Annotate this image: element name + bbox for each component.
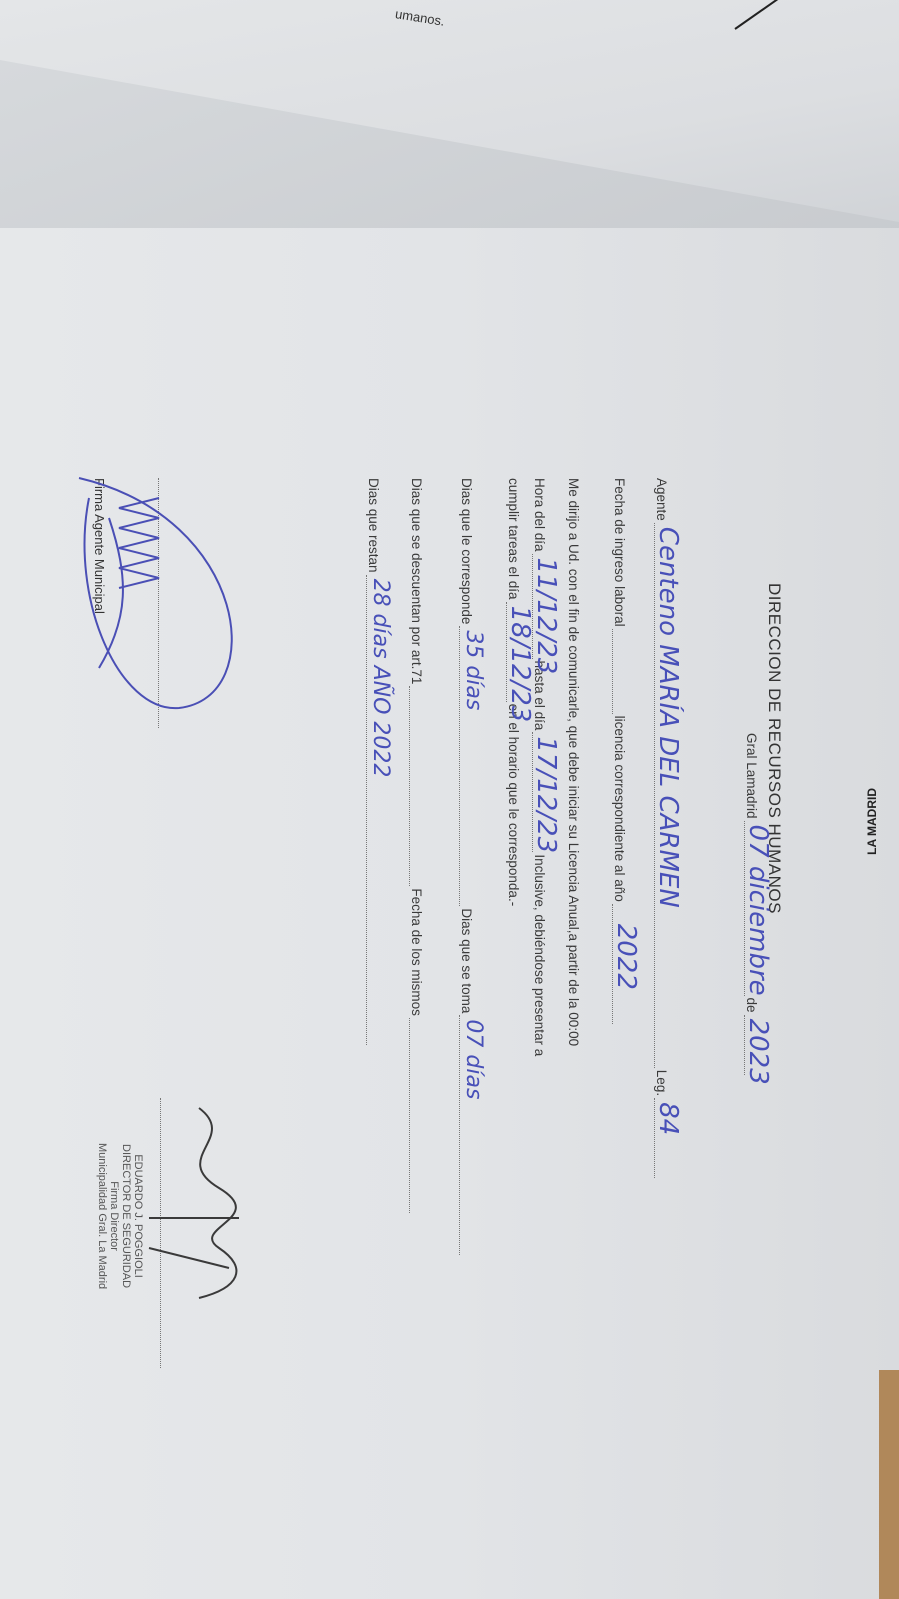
ingreso-row: Fecha de ingreso laboral licencia corres…	[612, 478, 627, 1026]
remaining-row: Dias que restan 28 días AÑO 2022	[366, 478, 381, 1047]
director-signature	[139, 1098, 259, 1358]
corresponde-label: Dias que le corresponde	[459, 478, 474, 624]
intro-text: Me dirijo a Ud. con el fin de comunicarl…	[566, 478, 581, 1046]
licencia-year-value: 2022	[613, 924, 639, 990]
toma-label: Dias que se toma	[459, 908, 474, 1013]
date-field[interactable]: 07 diciembre	[744, 821, 759, 996]
director-name: EDUARDO J. POGGIOLI	[132, 1143, 144, 1289]
restan-label: Dias que restan	[366, 478, 381, 573]
cumplir-label: cumplir tareas el día	[506, 478, 521, 600]
fecha-mismos-label: Fecha de los mismos	[409, 888, 424, 1016]
licencia-year-label: licencia correspondiente al año	[612, 716, 627, 902]
leg-label: Leg.	[654, 1070, 669, 1096]
director-signature-label: Firma Director	[108, 1143, 120, 1289]
discount-row: Dias que se descuentan por art.71 Fecha …	[409, 478, 424, 1215]
return-row: cumplir tareas el día 18/12/23 en el hor…	[506, 478, 521, 906]
year-field[interactable]: 2023	[744, 1015, 759, 1075]
descuentan-field[interactable]	[409, 686, 424, 886]
agent-label: Agente	[654, 478, 669, 521]
inclusive-text: Inclusive, debiéndose presentar a	[532, 854, 547, 1056]
director-organization: Municipalidad Gral. La Madrid	[96, 1143, 108, 1289]
end-date-field[interactable]: 17/12/23	[532, 732, 547, 852]
director-title: DIRECTOR DE SEGURIDAD	[120, 1143, 132, 1289]
licencia-year-field[interactable]: 2022	[612, 904, 627, 1024]
license-form: LA MADRID DIRECCION DE RECURSOS HUMANOS …	[0, 228, 899, 1599]
toma-field[interactable]: 07 días	[459, 1015, 474, 1255]
hora-label: Hora del día	[532, 478, 547, 552]
toma-value: 07 días	[460, 1019, 486, 1099]
license-form-page: LA MADRID DIRECCION DE RECURSOS HUMANOS …	[0, 228, 899, 1599]
ingreso-label: Fecha de ingreso laboral	[612, 478, 627, 627]
agent-row: Agente Centeno MARÍA DEL CARMEN Leg. 84	[654, 478, 669, 1180]
agent-field[interactable]: Centeno MARÍA DEL CARMEN	[654, 523, 669, 1068]
restan-field[interactable]: 28 días AÑO 2022	[366, 575, 381, 1045]
end-date-value: 17/12/23	[533, 736, 559, 853]
descuentan-label: Dias que se descuentan por art.71	[409, 478, 424, 684]
dates-row: Hora del día 11/12/23 hasta el día 17/12…	[532, 478, 547, 1056]
return-date-value: 18/12/23	[507, 606, 533, 723]
place-label: Gral Lamadrid	[744, 733, 759, 819]
date-value: 07 diciembre	[745, 825, 771, 996]
ingreso-field[interactable]	[612, 629, 627, 714]
intro-paragraph: Me dirijo a Ud. con el fin de comunicarl…	[566, 478, 581, 1046]
return-date-field[interactable]: 18/12/23	[506, 602, 521, 702]
background-table-edge	[879, 1370, 899, 1599]
director-stamp: EDUARDO J. POGGIOLI DIRECTOR DE SEGURIDA…	[96, 1143, 144, 1289]
place-date-row: Gral Lamadrid 07 diciembre de 2023	[744, 733, 759, 1077]
municipality-logo: LA MADRID	[865, 788, 879, 855]
agent-value: Centeno MARÍA DEL CARMEN	[655, 527, 681, 908]
agent-signature	[59, 458, 279, 718]
leg-value: 84	[655, 1102, 681, 1135]
corresponde-value: 35 días	[460, 630, 486, 710]
fecha-mismos-field[interactable]	[409, 1018, 424, 1213]
start-date-value: 11/12/23	[533, 558, 559, 675]
de-label: de	[744, 998, 759, 1013]
leg-field[interactable]: 84	[654, 1098, 669, 1178]
days-row: Dias que le corresponde 35 días Dias que…	[459, 478, 474, 1257]
restan-value: 28 días AÑO 2022	[367, 579, 393, 778]
horario-text: en el horario que le corresponda.-	[506, 704, 521, 907]
corresponde-field[interactable]: 35 días	[459, 626, 474, 906]
year-value: 2023	[745, 1019, 771, 1085]
